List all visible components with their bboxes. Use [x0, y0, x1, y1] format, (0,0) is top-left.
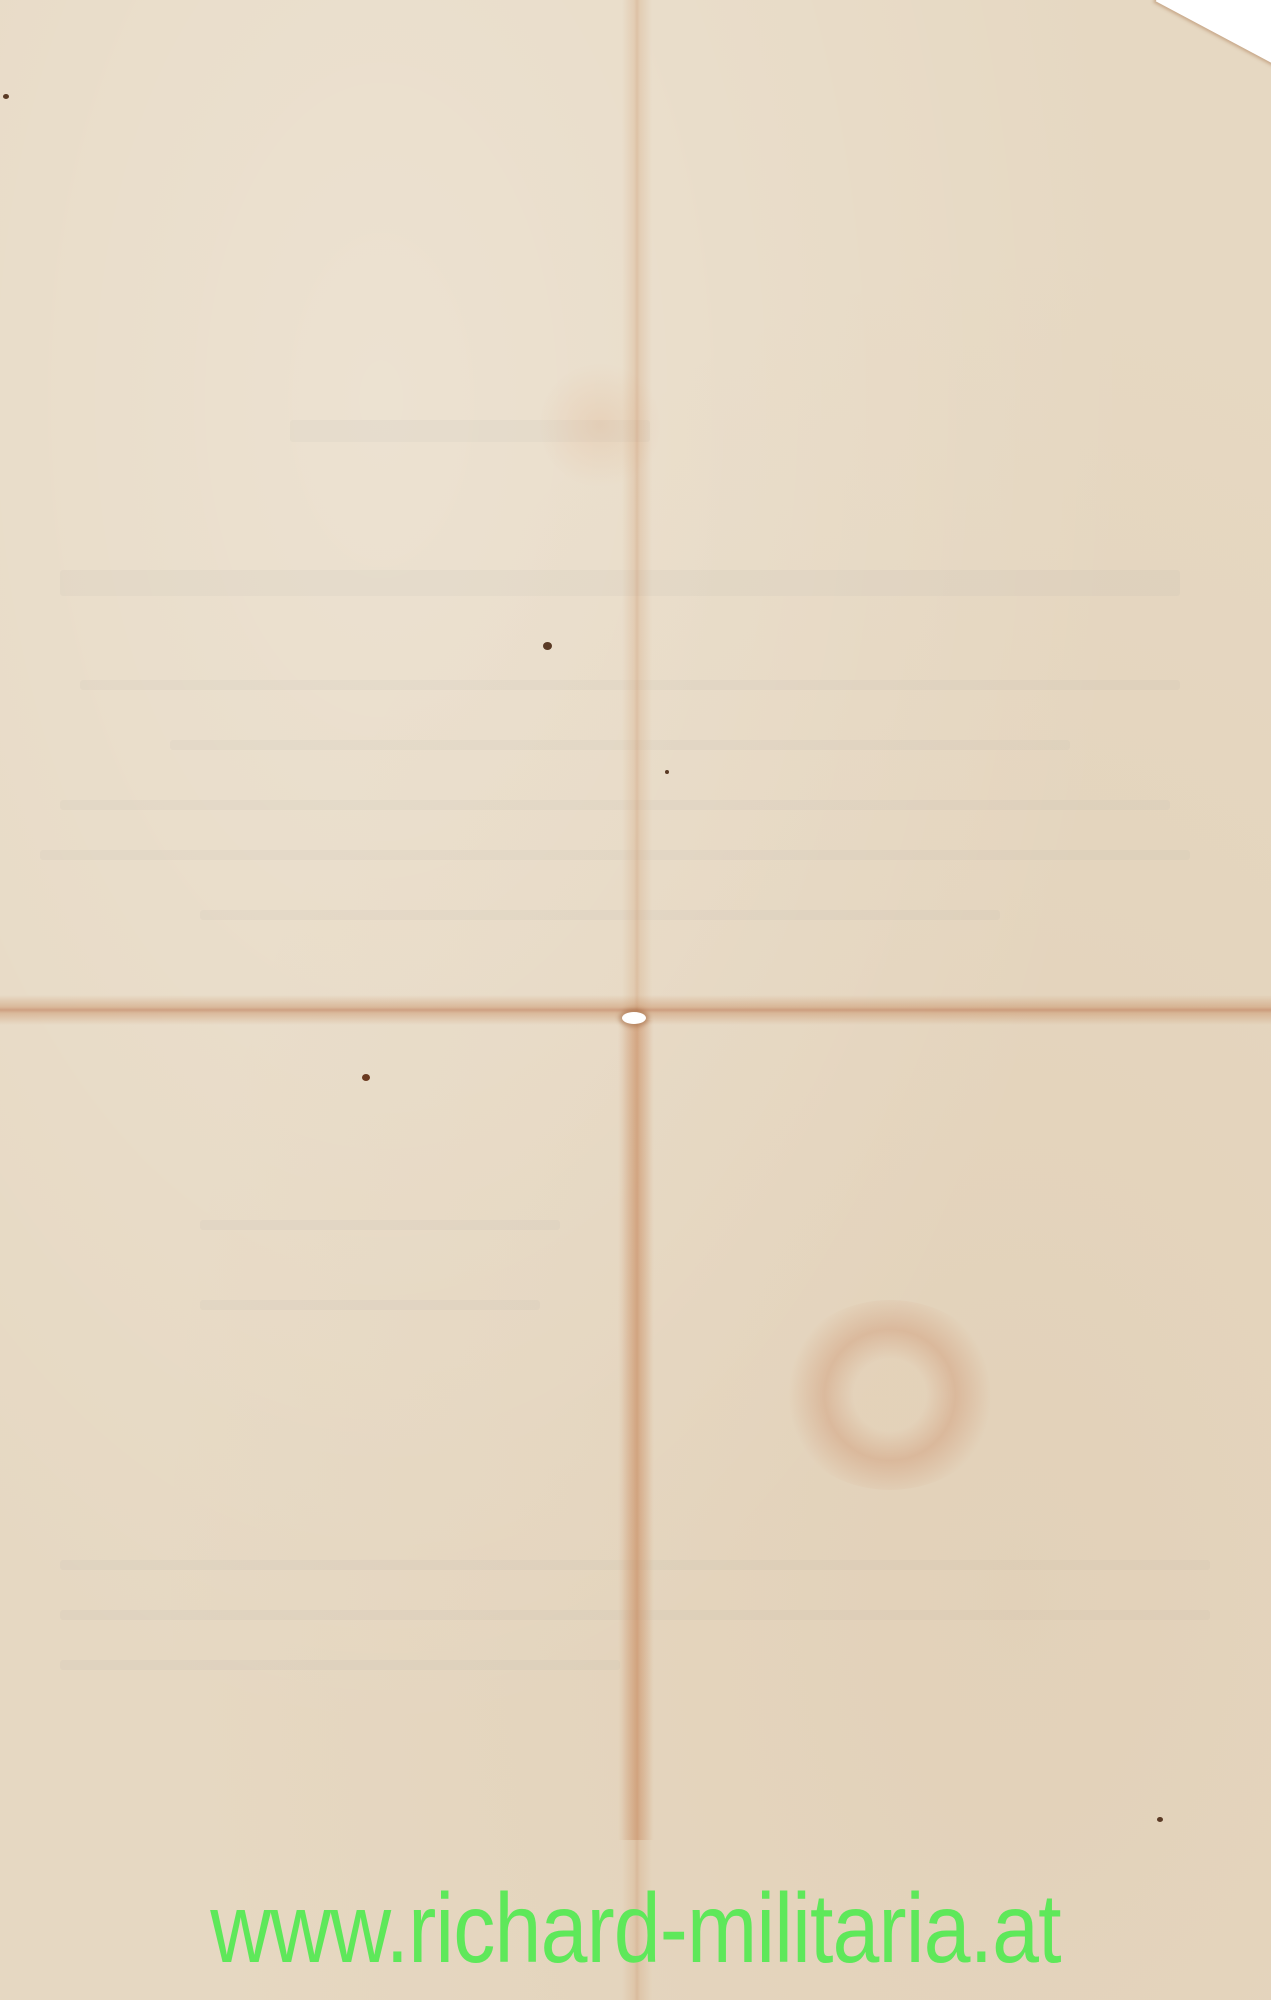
torn-corner [1156, 0, 1271, 67]
ink-speck [3, 94, 9, 99]
show-through-text [170, 740, 1070, 750]
ink-speck [543, 642, 552, 650]
show-through-text [60, 800, 1170, 810]
watermark-url: www.richard-militaria.at [89, 1878, 1182, 1978]
show-through-text [60, 570, 1180, 596]
document-page: www.richard-militaria.at [0, 0, 1271, 2000]
show-through-text [200, 910, 1000, 920]
ink-speck [1157, 1817, 1163, 1822]
seal-stain [780, 1300, 1000, 1490]
show-through-text [200, 1220, 560, 1230]
ink-speck [665, 770, 669, 774]
show-through-text [40, 850, 1190, 860]
show-through-text [200, 1300, 540, 1310]
paper-hole [622, 1012, 646, 1024]
ink-speck [362, 1074, 370, 1081]
show-through-text [60, 1660, 620, 1670]
vertical-fold-stain [618, 1020, 654, 1840]
